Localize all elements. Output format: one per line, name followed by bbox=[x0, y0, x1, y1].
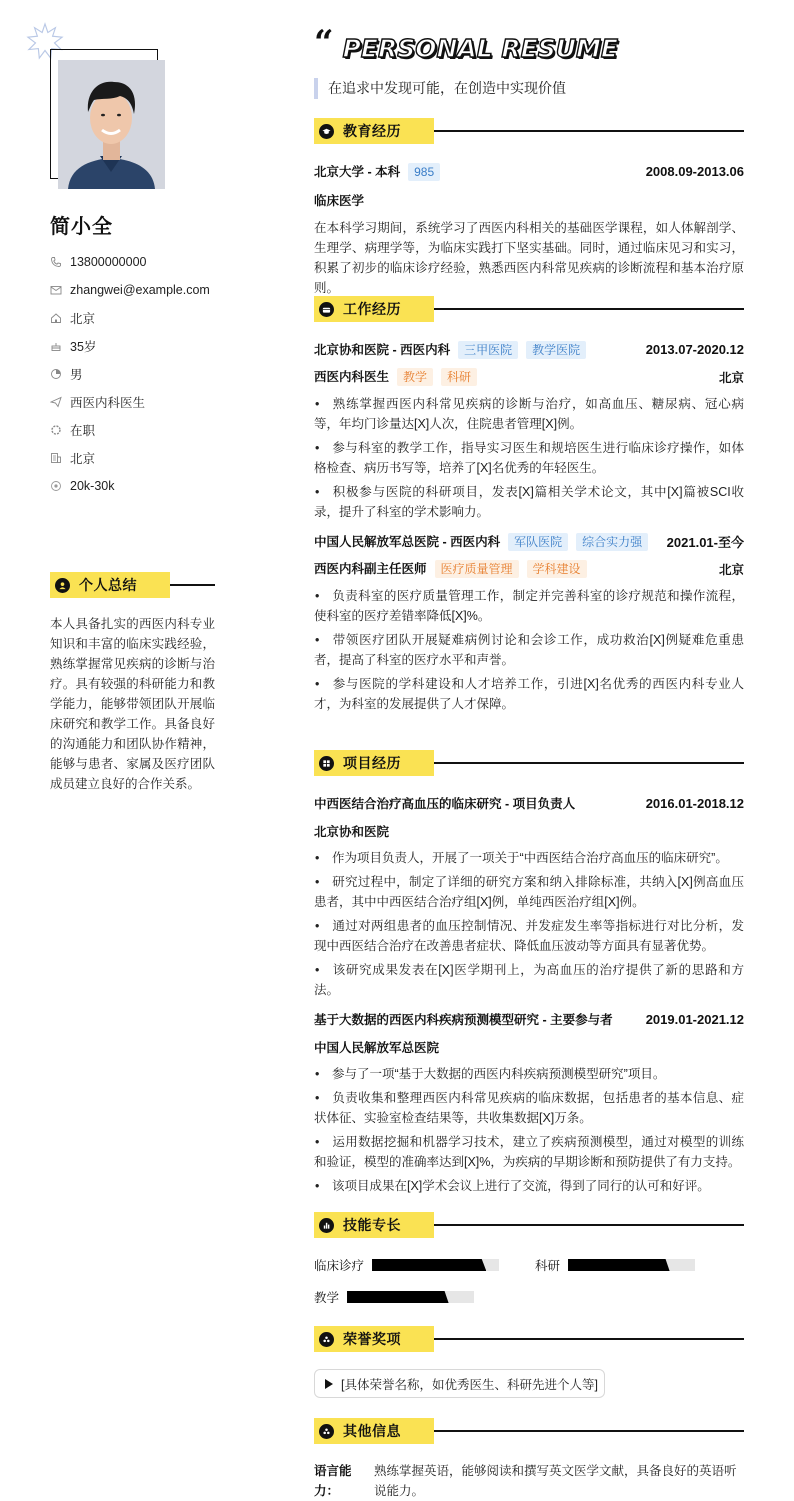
phone-icon bbox=[50, 256, 62, 268]
section-education: 教育经历 北京大学 - 本科985 2008.09-2013.06 临床医学 在… bbox=[314, 118, 744, 298]
section-header-honors: 荣誉奖项 bbox=[314, 1326, 744, 1352]
role-tag: 医疗质量管理 bbox=[435, 560, 519, 578]
bullet-item: 该项目成果在[X]学术会议上进行了交流，得到了同行的认可和好评。 bbox=[314, 1176, 744, 1196]
section-header-work: 工作经历 bbox=[314, 296, 744, 322]
job-entry: 中国人民解放军总医院 - 西医内科军队医院综合实力强 2021.01-至今 西医… bbox=[314, 532, 744, 714]
other-key: 语言能力： bbox=[314, 1461, 374, 1501]
skill-item: 教学 bbox=[314, 1288, 474, 1306]
role-tag: 科研 bbox=[441, 368, 477, 386]
contact-city: 北京 bbox=[50, 444, 210, 472]
job-role: 西医内科副主任医师 bbox=[314, 562, 427, 576]
project-date: 2016.01-2018.12 bbox=[646, 796, 744, 811]
salary-icon bbox=[50, 480, 62, 492]
job-role: 西医内科医生 bbox=[314, 370, 389, 384]
project-bullets: 作为项目负责人，开展了一项关于“中西医结合治疗高血压的临床研究”。 研究过程中，… bbox=[314, 848, 744, 1000]
contact-position: 西医内科医生 bbox=[50, 388, 210, 416]
cake-icon bbox=[50, 340, 62, 352]
building-icon bbox=[50, 452, 62, 464]
section-divider bbox=[170, 584, 215, 585]
contact-age: 35岁 bbox=[50, 332, 210, 360]
section-header-projects: 项目经历 bbox=[314, 750, 744, 776]
contact-list: 13800000000 zhangwei@example.com 北京 35岁 … bbox=[50, 248, 210, 500]
project-date: 2019.01-2021.12 bbox=[646, 1012, 744, 1027]
section-honors: 荣誉奖项 bbox=[314, 1326, 744, 1352]
info-icon bbox=[319, 1424, 334, 1439]
job-bullets: 熟练掌握西医内科常见疾病的诊断与治疗，如高血压、糖尿病、冠心病等，年均门诊量达[… bbox=[314, 394, 744, 522]
section-skills: 技能专长 bbox=[314, 1212, 744, 1238]
job-org: 北京协和医院 - 西医内科 bbox=[314, 343, 450, 357]
send-icon bbox=[50, 396, 62, 408]
contact-phone: 13800000000 bbox=[50, 248, 210, 276]
skill-bar bbox=[372, 1259, 499, 1271]
role-tag: 教学 bbox=[397, 368, 433, 386]
award-icon bbox=[319, 1332, 334, 1347]
section-header-other: 其他信息 bbox=[314, 1418, 744, 1444]
section-divider bbox=[434, 308, 744, 309]
contact-status: 在职 bbox=[50, 416, 210, 444]
honor-item-toggle[interactable]: [具体荣誉名称，如优秀医生、科研先进个人等] bbox=[314, 1369, 605, 1398]
education-description: 在本科学习期间，系统学习了西医内科相关的基础医学课程，如人体解剖学、生理学、病理… bbox=[314, 218, 744, 298]
job-date: 2013.07-2020.12 bbox=[646, 342, 744, 357]
resume-heading: PERSONAL RESUME bbox=[343, 34, 618, 63]
project-entry: 基于大数据的西医内科疾病预测模型研究 - 主要参与者 2019.01-2021.… bbox=[314, 1010, 744, 1196]
school-name: 北京大学 - 本科 bbox=[314, 165, 400, 179]
bullet-item: 研究过程中，制定了详细的研究方案和纳入排除标准，共纳入[X]例高血压患者，其中中… bbox=[314, 872, 744, 912]
job-org: 中国人民解放军总医院 - 西医内科 bbox=[314, 535, 500, 549]
skill-item: 科研 bbox=[535, 1256, 695, 1274]
skill-bar bbox=[347, 1291, 474, 1303]
bullet-item: 熟练掌握西医内科常见疾病的诊断与治疗，如高血压、糖尿病、冠心病等，年均门诊量达[… bbox=[314, 394, 744, 434]
section-projects: 项目经历 中西医结合治疗高血压的临床研究 - 项目负责人 2016.01-201… bbox=[314, 750, 744, 1200]
bullet-item: 参与科室的教学工作，指导实习医生和规培医生进行临床诊疗操作，如体格检查、病历书写… bbox=[314, 438, 744, 478]
bullet-item: 负责科室的医疗质量管理工作，制定并完善科室的诊疗规范和操作流程，使科室的医疗差错… bbox=[314, 586, 744, 626]
project-name: 基于大数据的西医内科疾病预测模型研究 - 主要参与者 bbox=[314, 1010, 613, 1028]
bullet-item: 负责收集和整理西医内科常见疾病的临床数据，包括患者的基本信息、症状体征、实验室检… bbox=[314, 1088, 744, 1128]
grid-icon bbox=[319, 756, 334, 771]
bullet-item: 积极参与医院的科研项目，发表[X]篇相关学术论文，其中[X]篇被SCI收录，提升… bbox=[314, 482, 744, 522]
left-column: 简小全 13800000000 zhangwei@example.com 北京 … bbox=[0, 0, 290, 1501]
user-icon bbox=[55, 578, 70, 593]
org-tag: 教学医院 bbox=[526, 341, 586, 359]
role-tag: 学科建设 bbox=[527, 560, 587, 578]
avatar bbox=[58, 60, 165, 189]
quote-mark-icon: “ bbox=[314, 28, 331, 58]
org-tag: 三甲医院 bbox=[458, 341, 518, 359]
job-city: 北京 bbox=[719, 368, 744, 386]
skill-item: 临床诊疗 bbox=[314, 1256, 499, 1274]
bullet-item: 参与了一项“基于大数据的西医内科疾病预测模型研究”项目。 bbox=[314, 1064, 744, 1084]
contact-gender: 男 bbox=[50, 360, 210, 388]
project-org: 中国人民解放军总医院 bbox=[314, 1038, 744, 1056]
bullet-item: 参与医院的学科建设和人才培养工作，引进[X]名优秀的西医内科专业人才，为科室的发… bbox=[314, 674, 744, 714]
education-date: 2008.09-2013.06 bbox=[646, 164, 744, 179]
job-entry: 北京协和医院 - 西医内科三甲医院教学医院 2013.07-2020.12 西医… bbox=[314, 340, 744, 522]
section-header-summary: 个人总结 bbox=[50, 572, 215, 598]
section-divider bbox=[434, 1430, 744, 1431]
other-value: 熟练掌握英语，能够阅读和撰写英文医学文献，具备良好的英语听说能力。 bbox=[374, 1461, 744, 1501]
job-date: 2021.01-至今 bbox=[667, 532, 744, 551]
section-divider bbox=[434, 1338, 744, 1339]
section-divider bbox=[434, 130, 744, 131]
skill-bar bbox=[568, 1259, 695, 1271]
bullet-item: 通过对两组患者的血压控制情况、并发症发生率等指标进行对比分析，发现中西医结合治疗… bbox=[314, 916, 744, 956]
bar-chart-icon bbox=[319, 1218, 334, 1233]
graduation-cap-icon bbox=[319, 124, 334, 139]
candidate-name: 简小全 bbox=[50, 210, 113, 239]
briefcase-icon bbox=[319, 302, 334, 317]
other-info-row: 语言能力： 熟练掌握英语，能够阅读和撰写英文医学文献，具备良好的英语听说能力。 bbox=[314, 1461, 744, 1501]
mail-icon bbox=[50, 284, 62, 296]
job-city: 北京 bbox=[719, 560, 744, 578]
gender-icon bbox=[50, 368, 62, 380]
resume-title: “ PERSONAL RESUME bbox=[314, 28, 618, 70]
status-icon bbox=[50, 424, 62, 436]
section-divider bbox=[434, 762, 744, 763]
section-header-education: 教育经历 bbox=[314, 118, 744, 144]
project-entry: 中西医结合治疗高血压的临床研究 - 项目负责人 2016.01-2018.12 … bbox=[314, 794, 744, 1000]
contact-salary: 20k-30k bbox=[50, 472, 210, 500]
bullet-item: 运用数据挖掘和机器学习技术，建立了疾病预测模型，通过对模型的训练和验证，模型的准… bbox=[314, 1132, 744, 1172]
triangle-right-icon bbox=[325, 1379, 333, 1389]
home-icon bbox=[50, 312, 62, 324]
bullet-item: 作为项目负责人，开展了一项关于“中西医结合治疗高血压的临床研究”。 bbox=[314, 848, 744, 868]
project-org: 北京协和医院 bbox=[314, 822, 744, 840]
school-badge: 985 bbox=[408, 163, 440, 181]
major: 临床医学 bbox=[314, 191, 744, 209]
project-bullets: 参与了一项“基于大数据的西医内科疾病预测模型研究”项目。 负责收集和整理西医内科… bbox=[314, 1064, 744, 1196]
motto: 在追求中发现可能，在创造中实现价值 bbox=[314, 78, 566, 99]
section-work: 工作经历 北京协和医院 - 西医内科三甲医院教学医院 2013.07-2020.… bbox=[314, 296, 744, 718]
contact-email: zhangwei@example.com bbox=[50, 276, 210, 304]
contact-location: 北京 bbox=[50, 304, 210, 332]
org-tag: 综合实力强 bbox=[576, 533, 648, 551]
bullet-item: 带领医疗团队开展疑难病例讨论和会诊工作，成功救治[X]例疑难危重患者，提高了科室… bbox=[314, 630, 744, 670]
project-name: 中西医结合治疗高血压的临床研究 - 项目负责人 bbox=[314, 794, 575, 812]
bullet-item: 该研究成果发表在[X]医学期刊上，为高血压的治疗提供了新的思路和方法。 bbox=[314, 960, 744, 1000]
section-divider bbox=[434, 1224, 744, 1225]
section-header-skills: 技能专长 bbox=[314, 1212, 744, 1238]
section-other: 其他信息 bbox=[314, 1418, 744, 1444]
summary-text: 本人具备扎实的西医内科专业知识和丰富的临床实践经验，熟练掌握常见疾病的诊断与治疗… bbox=[50, 614, 215, 794]
org-tag: 军队医院 bbox=[508, 533, 568, 551]
job-bullets: 负责科室的医疗质量管理工作，制定并完善科室的诊疗规范和操作流程，使科室的医疗差错… bbox=[314, 586, 744, 714]
